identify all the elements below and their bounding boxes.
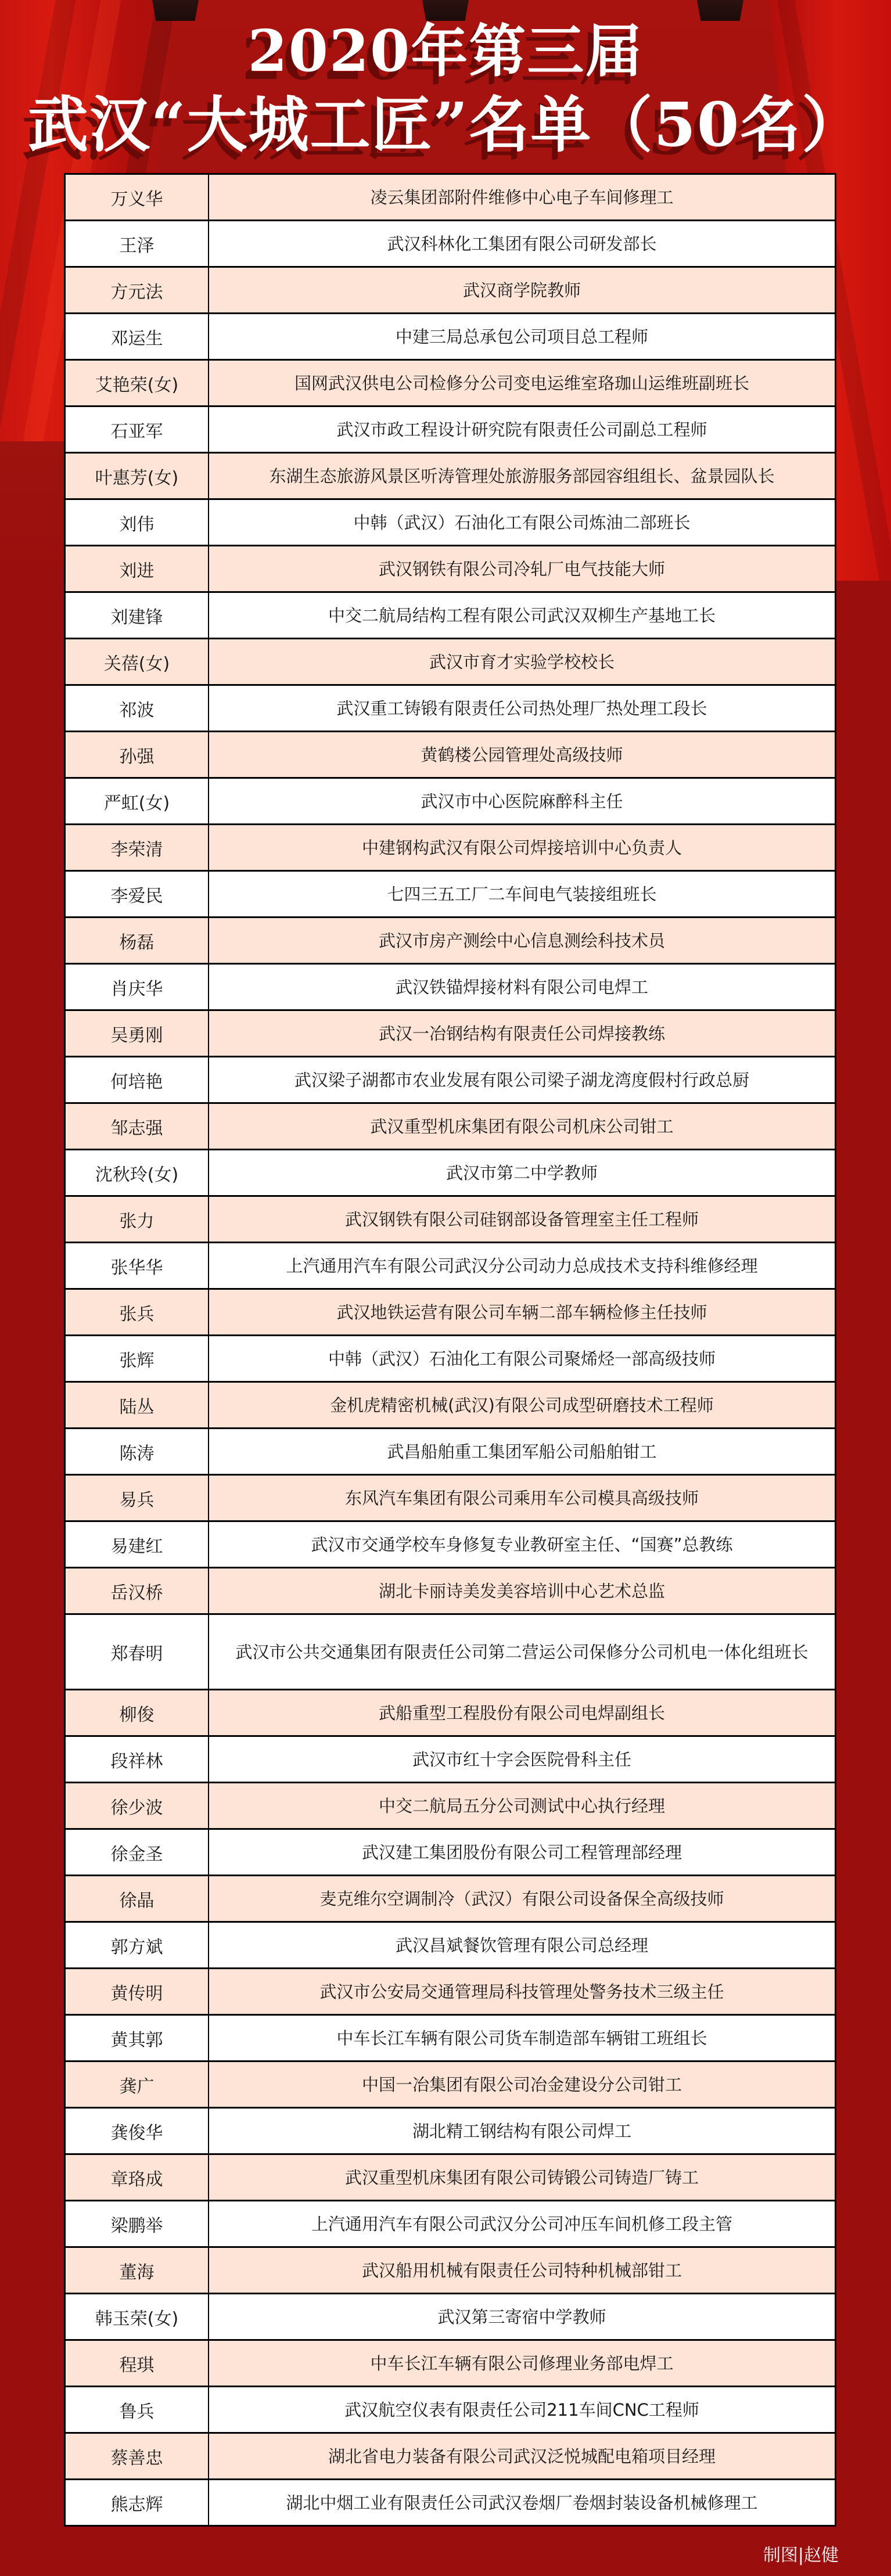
table-row: 刘建锋中交二航局结构工程有限公司武汉双柳生产基地工长 (66, 591, 835, 638)
description-cell: 湖北省电力装备有限公司武汉泛悦城配电箱项目经理 (209, 2434, 835, 2478)
name-cell: 黄传明 (66, 1969, 209, 2014)
table-row: 刘进武汉钢铁有限公司冷轧厂电气技能大师 (66, 545, 835, 591)
table-row: 龚俊华湖北精工钢结构有限公司焊工 (66, 2107, 835, 2153)
description-cell: 东风汽车集团有限公司乘用车公司模具高级技师 (209, 1476, 835, 1520)
name-cell: 李荣清 (66, 825, 209, 870)
page-title-line1: 2020年第三届 (0, 20, 891, 84)
name-cell: 刘进 (66, 546, 209, 591)
table-row: 孙强黄鹤楼公园管理处高级技师 (66, 731, 835, 777)
description-cell: 武汉钢铁有限公司冷轧厂电气技能大师 (209, 546, 835, 591)
description-cell: 武汉市房产测绘中心信息测绘科技术员 (209, 918, 835, 963)
table-row: 李爱民七四三五工厂二车间电气装接组班长 (66, 870, 835, 916)
description-cell: 金机虎精密机械(武汉)有限公司成型研磨技术工程师 (209, 1383, 835, 1427)
name-cell: 蔡善忠 (66, 2434, 209, 2478)
description-cell: 武汉市第二中学教师 (209, 1150, 835, 1195)
description-cell: 国网武汉供电公司检修分公司变电运维室珞珈山运维班副班长 (209, 361, 835, 405)
table-row: 万义华凌云集团部附件维修中心电子车间修理工 (66, 175, 835, 220)
description-cell: 武汉市育才实验学校校长 (209, 639, 835, 684)
description-cell: 武汉科林化工集团有限公司研发部长 (209, 221, 835, 266)
description-cell: 武汉建工集团股份有限公司工程管理部经理 (209, 1830, 835, 1875)
table-row: 章珞成武汉重型机床集团有限公司铸锻公司铸造厂铸工 (66, 2153, 835, 2200)
description-cell: 武汉航空仪表有限责任公司211车间CNC工程师 (209, 2387, 835, 2432)
craftsmen-table: 万义华凌云集团部附件维修中心电子车间修理工王泽武汉科林化工集团有限公司研发部长方… (64, 173, 836, 2527)
name-cell: 邓运生 (66, 314, 209, 359)
name-cell: 张兵 (66, 1290, 209, 1334)
table-row: 张辉中韩（武汉）石油化工有限公司聚烯烃一部高级技师 (66, 1334, 835, 1381)
name-cell: 程琪 (66, 2341, 209, 2386)
table-row: 熊志辉湖北中烟工业有限责任公司武汉卷烟厂卷烟封装设备机械修理工 (66, 2478, 835, 2525)
name-cell: 邹志强 (66, 1104, 209, 1149)
name-cell: 董海 (66, 2248, 209, 2293)
name-cell: 张华华 (66, 1243, 209, 1288)
description-cell: 麦克维尔空调制冷（武汉）有限公司设备保全高级技师 (209, 1876, 835, 1921)
name-cell: 韩玉荣(女) (66, 2294, 209, 2339)
table-row: 段祥林武汉市红十字会医院骨科主任 (66, 1735, 835, 1782)
name-cell: 肖庆华 (66, 965, 209, 1009)
name-cell: 龚广 (66, 2062, 209, 2107)
table-row: 岳汉桥湖北卡丽诗美发美容培训中心艺术总监 (66, 1567, 835, 1613)
name-cell: 李爱民 (66, 872, 209, 916)
name-cell: 陆丛 (66, 1383, 209, 1427)
table-row: 陆丛金机虎精密机械(武汉)有限公司成型研磨技术工程师 (66, 1381, 835, 1427)
description-cell: 武汉梁子湖都市农业发展有限公司梁子湖龙湾度假村行政总厨 (209, 1057, 835, 1102)
table-row: 杨磊武汉市房产测绘中心信息测绘科技术员 (66, 916, 835, 963)
name-cell: 吴勇刚 (66, 1011, 209, 1056)
description-cell: 武汉市政工程设计研究院有限责任公司副总工程师 (209, 407, 835, 452)
table-row: 梁鹏举上汽通用汽车有限公司武汉分公司冲压车间机修工段主管 (66, 2200, 835, 2246)
table-row: 董海武汉船用机械有限责任公司特种机械部钳工 (66, 2246, 835, 2293)
table-row: 鲁兵武汉航空仪表有限责任公司211车间CNC工程师 (66, 2386, 835, 2432)
spotlight-icon (697, 0, 743, 21)
name-cell: 孙强 (66, 732, 209, 777)
name-cell: 徐少波 (66, 1783, 209, 1828)
name-cell: 熊志辉 (66, 2480, 209, 2525)
table-row: 刘伟中韩（武汉）石油化工有限公司炼油二部班长 (66, 498, 835, 545)
description-cell: 武汉重型机床集团有限公司铸锻公司铸造厂铸工 (209, 2155, 835, 2200)
credit-text: 制图|赵健 (763, 2541, 839, 2566)
table-row: 蔡善忠湖北省电力装备有限公司武汉泛悦城配电箱项目经理 (66, 2432, 835, 2478)
name-cell: 刘伟 (66, 500, 209, 545)
name-cell: 徐金圣 (66, 1830, 209, 1875)
name-cell: 柳俊 (66, 1690, 209, 1735)
name-cell: 章珞成 (66, 2155, 209, 2200)
name-cell: 龚俊华 (66, 2109, 209, 2153)
table-row: 何培艳武汉梁子湖都市农业发展有限公司梁子湖龙湾度假村行政总厨 (66, 1056, 835, 1102)
table-row: 郭方斌武汉昌斌餐饮管理有限公司总经理 (66, 1921, 835, 1967)
table-row: 黄传明武汉市公安局交通管理局科技管理处警务技术三级主任 (66, 1967, 835, 2014)
name-cell: 叶惠芳(女) (66, 454, 209, 498)
name-cell: 段祥林 (66, 1737, 209, 1782)
description-cell: 武汉重型机床集团有限公司机床公司钳工 (209, 1104, 835, 1149)
table-row: 王泽武汉科林化工集团有限公司研发部长 (66, 220, 835, 266)
table-row: 易兵东风汽车集团有限公司乘用车公司模具高级技师 (66, 1474, 835, 1520)
table-row: 龚广中国一冶集团有限公司冶金建设分公司钳工 (66, 2060, 835, 2107)
name-cell: 王泽 (66, 221, 209, 266)
description-cell: 武汉钢铁有限公司硅钢部设备管理室主任工程师 (209, 1197, 835, 1242)
table-row: 沈秋玲(女)武汉市第二中学教师 (66, 1149, 835, 1195)
table-row: 关蓓(女)武汉市育才实验学校校长 (66, 638, 835, 684)
description-cell: 武汉市公共交通集团有限责任公司第二营运公司保修分公司机电一体化组班长 (209, 1615, 835, 1689)
table-row: 张力武汉钢铁有限公司硅钢部设备管理室主任工程师 (66, 1195, 835, 1242)
table-row: 陈涛武昌船舶重工集团军船公司船舶钳工 (66, 1427, 835, 1474)
name-cell: 沈秋玲(女) (66, 1150, 209, 1195)
name-cell: 郭方斌 (66, 1923, 209, 1967)
description-cell: 武汉市中心医院麻醉科主任 (209, 779, 835, 823)
description-cell: 武汉市公安局交通管理局科技管理处警务技术三级主任 (209, 1969, 835, 2014)
table-row: 郑春明武汉市公共交通集团有限责任公司第二营运公司保修分公司机电一体化组班长 (66, 1613, 835, 1689)
name-cell: 万义华 (66, 175, 209, 220)
description-cell: 中建钢构武汉有限公司焊接培训中心负责人 (209, 825, 835, 870)
table-row: 祁波武汉重工铸锻有限责任公司热处理厂热处理工段长 (66, 684, 835, 731)
description-cell: 武汉地铁运营有限公司车辆二部车辆检修主任技师 (209, 1290, 835, 1334)
description-cell: 中国一冶集团有限公司冶金建设分公司钳工 (209, 2062, 835, 2107)
table-row: 程琪中车长江车辆有限公司修理业务部电焊工 (66, 2339, 835, 2386)
description-cell: 武汉昌斌餐饮管理有限公司总经理 (209, 1923, 835, 1967)
table-row: 方元法武汉商学院教师 (66, 266, 835, 312)
name-cell: 何培艳 (66, 1057, 209, 1102)
name-cell: 黄其郭 (66, 2016, 209, 2060)
description-cell: 武汉一冶钢结构有限责任公司焊接教练 (209, 1011, 835, 1056)
table-row: 吴勇刚武汉一冶钢结构有限责任公司焊接教练 (66, 1009, 835, 1056)
page-title-line2: 武汉“大城工匠”名单（50名） (0, 90, 891, 160)
table-row: 韩玉荣(女)武汉第三寄宿中学教师 (66, 2293, 835, 2339)
name-cell: 岳汉桥 (66, 1568, 209, 1613)
description-cell: 上汽通用汽车有限公司武汉分公司动力总成技术支持科维修经理 (209, 1243, 835, 1288)
name-cell: 刘建锋 (66, 593, 209, 638)
description-cell: 中交二航局五分公司测试中心执行经理 (209, 1783, 835, 1828)
name-cell: 关蓓(女) (66, 639, 209, 684)
name-cell: 易建红 (66, 1522, 209, 1567)
name-cell: 艾艳荣(女) (66, 361, 209, 405)
description-cell: 武汉第三寄宿中学教师 (209, 2294, 835, 2339)
table-row: 邓运生中建三局总承包公司项目总工程师 (66, 312, 835, 359)
description-cell: 中车长江车辆有限公司修理业务部电焊工 (209, 2341, 835, 2386)
name-cell: 严虹(女) (66, 779, 209, 823)
table-row: 柳俊武船重型工程股份有限公司电焊副组长 (66, 1689, 835, 1735)
description-cell: 中车长江车辆有限公司货车制造部车辆钳工班组长 (209, 2016, 835, 2060)
description-cell: 武汉船用机械有限责任公司特种机械部钳工 (209, 2248, 835, 2293)
name-cell: 张辉 (66, 1336, 209, 1381)
table-row: 李荣清中建钢构武汉有限公司焊接培训中心负责人 (66, 823, 835, 870)
table-row: 徐金圣武汉建工集团股份有限公司工程管理部经理 (66, 1828, 835, 1875)
name-cell: 陈涛 (66, 1429, 209, 1474)
table-row: 徐晶麦克维尔空调制冷（武汉）有限公司设备保全高级技师 (66, 1875, 835, 1921)
name-cell: 杨磊 (66, 918, 209, 963)
table-row: 张华华上汽通用汽车有限公司武汉分公司动力总成技术支持科维修经理 (66, 1242, 835, 1288)
table-row: 肖庆华武汉铁锚焊接材料有限公司电焊工 (66, 963, 835, 1009)
description-cell: 中韩（武汉）石油化工有限公司聚烯烃一部高级技师 (209, 1336, 835, 1381)
description-cell: 黄鹤楼公园管理处高级技师 (209, 732, 835, 777)
description-cell: 中交二航局结构工程有限公司武汉双柳生产基地工长 (209, 593, 835, 638)
name-cell: 方元法 (66, 268, 209, 312)
name-cell: 梁鹏举 (66, 2201, 209, 2246)
table-row: 艾艳荣(女)国网武汉供电公司检修分公司变电运维室珞珈山运维班副班长 (66, 359, 835, 405)
description-cell: 武汉商学院教师 (209, 268, 835, 312)
description-cell: 湖北中烟工业有限责任公司武汉卷烟厂卷烟封装设备机械修理工 (209, 2480, 835, 2525)
description-cell: 武汉铁锚焊接材料有限公司电焊工 (209, 965, 835, 1009)
name-cell: 徐晶 (66, 1876, 209, 1921)
spotlight-icon (152, 0, 199, 21)
description-cell: 武汉市交通学校车身修复专业教研室主任、“国赛”总教练 (209, 1522, 835, 1567)
description-cell: 湖北精工钢结构有限公司焊工 (209, 2109, 835, 2153)
table-row: 严虹(女)武汉市中心医院麻醉科主任 (66, 777, 835, 823)
description-cell: 上汽通用汽车有限公司武汉分公司冲压车间机修工段主管 (209, 2201, 835, 2246)
table-row: 叶惠芳(女)东湖生态旅游风景区听涛管理处旅游服务部园容组组长、盆景园队长 (66, 452, 835, 498)
description-cell: 武昌船舶重工集团军船公司船舶钳工 (209, 1429, 835, 1474)
table-row: 石亚军武汉市政工程设计研究院有限责任公司副总工程师 (66, 405, 835, 452)
name-cell: 易兵 (66, 1476, 209, 1520)
table-row: 黄其郭中车长江车辆有限公司货车制造部车辆钳工班组长 (66, 2014, 835, 2060)
description-cell: 东湖生态旅游风景区听涛管理处旅游服务部园容组组长、盆景园队长 (209, 454, 835, 498)
description-cell: 湖北卡丽诗美发美容培训中心艺术总监 (209, 1568, 835, 1613)
name-cell: 石亚军 (66, 407, 209, 452)
name-cell: 郑春明 (66, 1615, 209, 1689)
description-cell: 凌云集团部附件维修中心电子车间修理工 (209, 175, 835, 220)
table-row: 张兵武汉地铁运营有限公司车辆二部车辆检修主任技师 (66, 1288, 835, 1334)
table-row: 邹志强武汉重型机床集团有限公司机床公司钳工 (66, 1102, 835, 1149)
description-cell: 中韩（武汉）石油化工有限公司炼油二部班长 (209, 500, 835, 545)
description-cell: 中建三局总承包公司项目总工程师 (209, 314, 835, 359)
description-cell: 七四三五工厂二车间电气装接组班长 (209, 872, 835, 916)
description-cell: 武汉市红十字会医院骨科主任 (209, 1737, 835, 1782)
description-cell: 武汉重工铸锻有限责任公司热处理厂热处理工段长 (209, 686, 835, 731)
name-cell: 祁波 (66, 686, 209, 731)
table-row: 徐少波中交二航局五分公司测试中心执行经理 (66, 1782, 835, 1828)
table-row: 易建红武汉市交通学校车身修复专业教研室主任、“国赛”总教练 (66, 1520, 835, 1567)
name-cell: 张力 (66, 1197, 209, 1242)
name-cell: 鲁兵 (66, 2387, 209, 2432)
description-cell: 武船重型工程股份有限公司电焊副组长 (209, 1690, 835, 1735)
